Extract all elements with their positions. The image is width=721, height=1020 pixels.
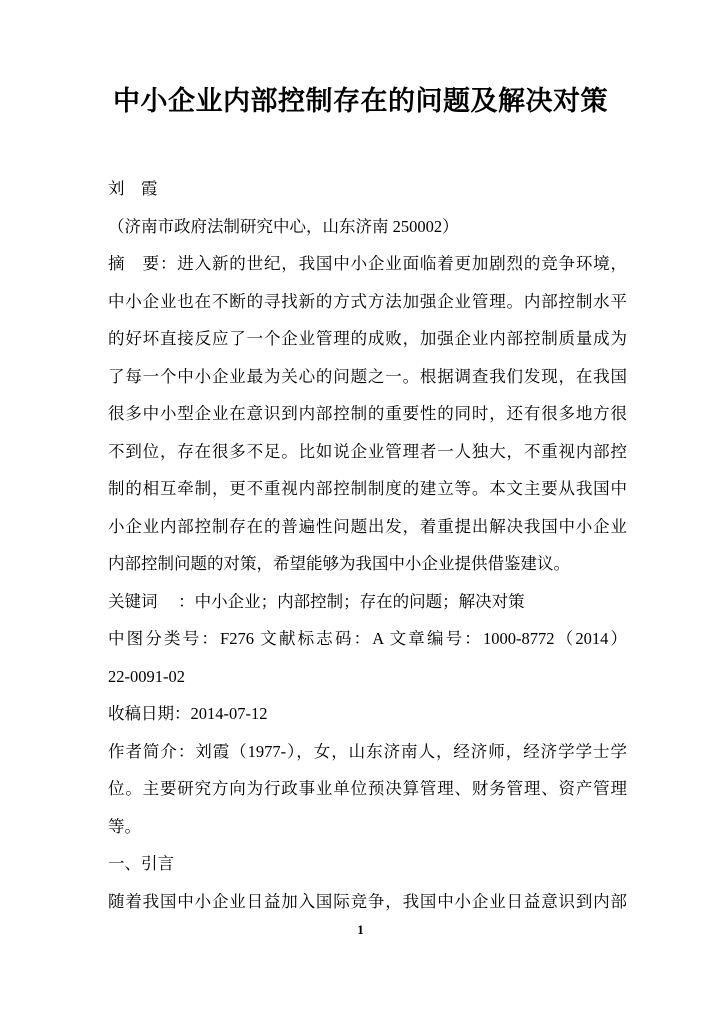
page-number: 1 bbox=[0, 922, 721, 938]
introduction-paragraph-line: 随着我国中小企业日益加入国际竞争，我国中小企业日益意识到内部 bbox=[108, 883, 627, 921]
abstract-line-9: 内部控制问题的对策，希望能够为我国中小企业提供借鉴建议。 bbox=[108, 545, 627, 583]
article-number-continuation: 22-0091-02 bbox=[108, 658, 627, 696]
page-body: 刘 霞 （济南市政府法制研究中心，山东济南 250002） 摘 要：进入新的世纪… bbox=[108, 170, 627, 920]
author-bio-line-3: 等。 bbox=[108, 808, 627, 846]
abstract-line-3: 的好坏直接反应了一个企业管理的成败，加强企业内部控制质量成为 bbox=[108, 320, 627, 358]
author-bio-line-1: 作者简介：刘霞（1977-），女，山东济南人，经济师，经济学学士学 bbox=[108, 733, 627, 771]
abstract-line-7: 制的相互牵制，更不重视内部控制制度的建立等。本文主要从我国中 bbox=[108, 470, 627, 508]
author-bio-line-2: 位。主要研究方向为行政事业单位预决算管理、财务管理、资产管理 bbox=[108, 770, 627, 808]
abstract-line-2: 中小企业也在不断的寻找新的方式方法加强企业管理。内部控制水平 bbox=[108, 283, 627, 321]
classification-line: 中图分类号：F276 文献标志码：A 文章编号：1000-8772（2014） bbox=[108, 620, 627, 658]
keywords-line: 关键词 ：中小企业；内部控制；存在的问题；解决对策 bbox=[108, 583, 627, 621]
abstract-line-6: 不到位，存在很多不足。比如说企业管理者一人独大，不重视内部控 bbox=[108, 433, 627, 471]
affiliation-line: （济南市政府法制研究中心，山东济南 250002） bbox=[108, 208, 627, 246]
document-page: 中小企业内部控制存在的问题及解决对策 刘 霞 （济南市政府法制研究中心，山东济南… bbox=[0, 0, 721, 1020]
section-heading-introduction: 一、引言 bbox=[108, 845, 627, 883]
author-line: 刘 霞 bbox=[108, 170, 627, 208]
abstract-line-4: 了每一个中小企业最为关心的问题之一。根据调查我们发现，在我国 bbox=[108, 358, 627, 396]
abstract-line-5: 很多中小型企业在意识到内部控制的重要性的同时，还有很多地方很 bbox=[108, 395, 627, 433]
abstract-line-8: 小企业内部控制存在的普遍性问题出发，着重提出解决我国中小企业 bbox=[108, 508, 627, 546]
abstract-line-1: 摘 要：进入新的世纪，我国中小企业面临着更加剧烈的竞争环境， bbox=[108, 245, 627, 283]
paper-title: 中小企业内部控制存在的问题及解决对策 bbox=[0, 80, 721, 122]
received-date-line: 收稿日期：2014-07-12 bbox=[108, 695, 627, 733]
